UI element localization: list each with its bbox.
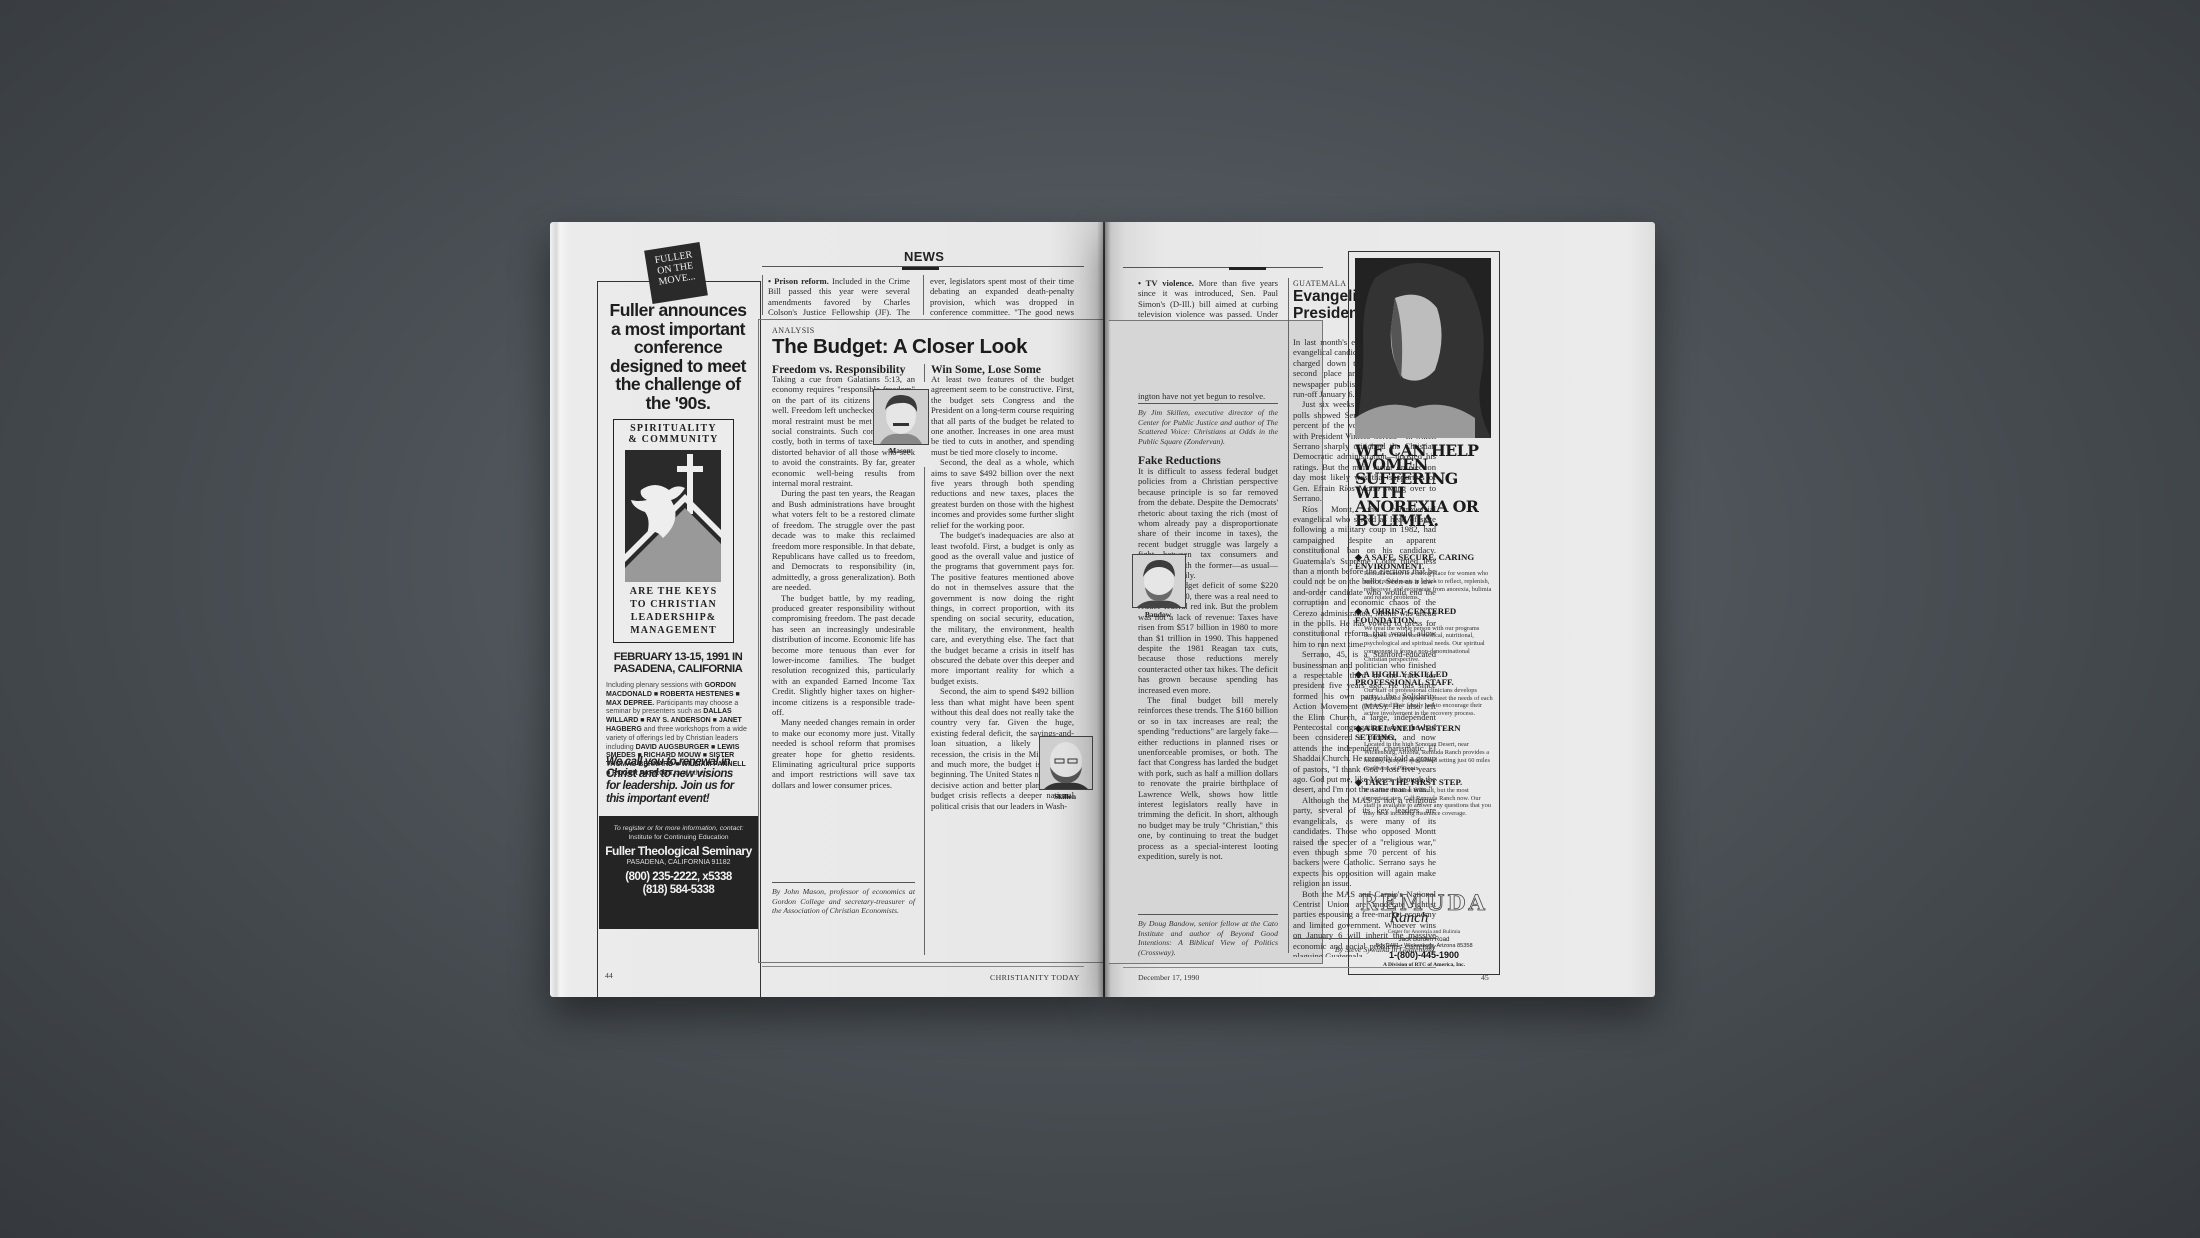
prison-reform-lead: • Prison reform. [768,276,829,286]
woman-portrait-photo [1355,258,1491,438]
remuda-address-line2: Box 2481 • Wickenburg, Arizona 85358 [1355,943,1493,949]
bandow-photo-caption: Bandow [1132,610,1184,619]
issue-date: December 17, 1990 [1138,973,1199,982]
bullet-text: It is often the most difficult, but the … [1355,787,1493,818]
bullet-title: A CHRIST-CENTERED FOUNDATION. [1355,606,1456,625]
bullet-title: A HIGHLY SKILLED PROFESSIONAL STAFF. [1355,669,1454,688]
fuller-badge: FULLER ON THE MOVE... [644,242,708,304]
conference-dates: FEBRUARY 13-15, 1991 IN PASADENA, CALIFO… [602,651,754,675]
bandow-paragraph: The final budget bill merely reinforces … [1138,695,1278,862]
dove-cross-icon [625,450,721,582]
remuda-phone: 1-(800)-445-1900 [1355,950,1493,960]
fuller-contact-box: To register or for more information, con… [599,816,758,929]
column-rule [924,364,925,382]
logo-tagline-line: TO CHRISTIAN [614,598,733,611]
bandow-column: It is difficult to assess federal budget… [1138,466,1278,872]
remuda-bullet: ◆ A SAFE, SECURE, CARING ENVIRONMENT. Re… [1355,553,1493,601]
skillen-byline: By Jim Skillen, executive director of th… [1138,408,1278,446]
page-number-right: 45 [1481,973,1489,982]
column-rule [762,275,763,315]
headline-line: BULIMIA. [1355,514,1495,528]
phone-2: (818) 584-5338 [599,884,758,896]
headline-line: conference [602,338,754,357]
footer-rule [762,966,1084,967]
spirituality-logo: SPIRITUALITY & COMMUNITY ARE THE KEYS TO… [613,419,734,643]
headline-line: the '90s. [602,394,754,413]
call-line: Christ and to new visions [606,768,754,780]
remuda-bullet: ◆ A RELAXED WESTERN SETTING. Located in … [1355,724,1493,772]
contact-institute: Institute for Continuing Education [599,834,758,843]
remuda-bullet: ◆ A HIGHLY SKILLED PROFESSIONAL STAFF. O… [1355,670,1493,718]
remuda-bullets: ◆ A SAFE, SECURE, CARING ENVIRONMENT. Re… [1355,553,1493,818]
dates-line: PASADENA, CALIFORNIA [602,663,754,675]
skillen-paragraph: At least two features of the budget agre… [931,374,1074,457]
headline-line: Fuller announces [602,301,754,320]
headline-line: designed to meet [602,357,754,376]
left-page: FULLER ON THE MOVE... Fuller announces a… [550,222,1103,997]
remuda-address-line1: Jack Burden Road [1355,936,1493,943]
fuller-headline: Fuller announces a most important confer… [602,301,754,412]
bullet-title: A RELAXED WESTERN SETTING. [1355,723,1461,742]
spine-shadow [1097,222,1111,997]
logo-tagline: ARE THE KEYS TO CHRISTIAN LEADERSHIP& MA… [614,585,733,637]
bandow-photo [1132,554,1186,608]
column-rule [923,275,924,315]
section-title-underline [902,267,939,270]
tv-violence-lead: • TV violence. [1138,278,1194,288]
remuda-logo-script: Ranch [1390,910,1428,927]
skillen-continued: ington have not yet begun to resolve. [1138,391,1278,401]
prison-reform-col2: ever, legislators spent most of their ti… [930,276,1074,318]
phone-1: (800) 235-2222, x5338 [599,871,758,883]
column-rule [924,467,925,955]
section-title: NEWS [904,249,944,264]
remuda-bullet: ◆ A CHRIST-CENTERED FOUNDATION. We treat… [1355,607,1493,663]
logo-title-line: & COMMUNITY [614,434,733,445]
call-line: this important event! [606,793,754,805]
institution-name: Fuller Theological Seminary [599,844,758,858]
bullet-text: We treat the whole person with our progr… [1355,625,1493,664]
mason-paragraph: During the past ten years, the Reagan an… [772,488,915,592]
analysis-kicker: ANALYSIS [772,326,815,335]
footer-rule [1123,967,1436,968]
logo-tagline-line: MANAGEMENT [614,624,733,637]
remuda-tagline: Center for Anorexia and Bulimia [1355,929,1493,935]
bullet-text: Our staff of professional clinicians dev… [1355,687,1493,718]
byline-rule [1138,914,1278,915]
page-number-left: 44 [605,971,613,980]
mason-paragraph: The budget battle, by my reading, produc… [772,593,915,718]
details-text: Including plenary sessions with [606,682,703,689]
header-accent-bar [1229,267,1266,270]
publication-name: CHRISTIANITY TODAY [990,973,1080,982]
bullet-title: TAKE THE FIRST STEP. [1364,777,1462,787]
skillen-photo [1039,736,1093,790]
skillen-paragraph: The budget's inadequacies are also at le… [931,530,1074,686]
skillen-column: At least two features of the budget agre… [931,374,1074,959]
mason-photo [873,389,929,445]
prison-reform-col1: • Prison reform. Included in the Crime B… [768,276,910,318]
byline-rule [772,882,915,883]
contact-intro: To register or for more information, con… [599,825,758,834]
bullet-text: Located in the high Sonoran Desert, near… [1355,741,1493,772]
header-rule [1123,267,1323,268]
fuller-call-to-action: We call you to renewal in Christ and to … [606,756,754,805]
call-line: for leadership. Join us for [606,780,754,792]
call-line: We call you to renewal in [606,756,754,768]
skillen-photo-caption: Skillen [1039,792,1091,801]
logo-tagline-line: ARE THE KEYS [614,585,733,598]
remuda-bullet: ◆ TAKE THE FIRST STEP. It is often the m… [1355,778,1493,818]
institution-address: PASADENA, CALIFORNIA 91182 [599,859,758,866]
diamond-bullet-icon: ◆ [1355,777,1364,787]
mason-byline: By John Mason, professor of economics at… [772,887,915,916]
remuda-headline: WE CAN HELP WOMEN SUFFERING WITH ANOREXI… [1355,444,1495,528]
skillen-paragraph: Second, the deal as a whole, which aims … [931,457,1074,530]
analysis-headline: The Budget: A Closer Look [772,335,1027,359]
logo-title: SPIRITUALITY & COMMUNITY [614,423,733,445]
bullet-title: A SAFE, SECURE, CARING ENVIRONMENT. [1355,552,1474,571]
headline-line: the challenge of [602,375,754,394]
headline-line: a most important [602,320,754,339]
right-page: • TV violence. More than five years sinc… [1105,222,1655,997]
dates-line: FEBRUARY 13-15, 1991 IN [602,651,754,663]
magazine-spread: FULLER ON THE MOVE... Fuller announces a… [550,222,1655,997]
column-rule [1288,278,1289,953]
guatemala-kicker: GUATEMALA [1293,279,1346,288]
mason-paragraph: Many needed changes remain in order to m… [772,717,915,790]
mason-photo-caption: Mason [873,446,927,455]
bandow-byline: By Doug Bandow, senior fellow at the Cat… [1138,919,1278,957]
logo-tagline-line: LEADERSHIP& [614,611,733,624]
logo-title-line: SPIRITUALITY [614,423,733,434]
bullet-text: Remuda Ranch is a caring place for women… [1355,570,1493,601]
byline-rule [1138,403,1278,404]
